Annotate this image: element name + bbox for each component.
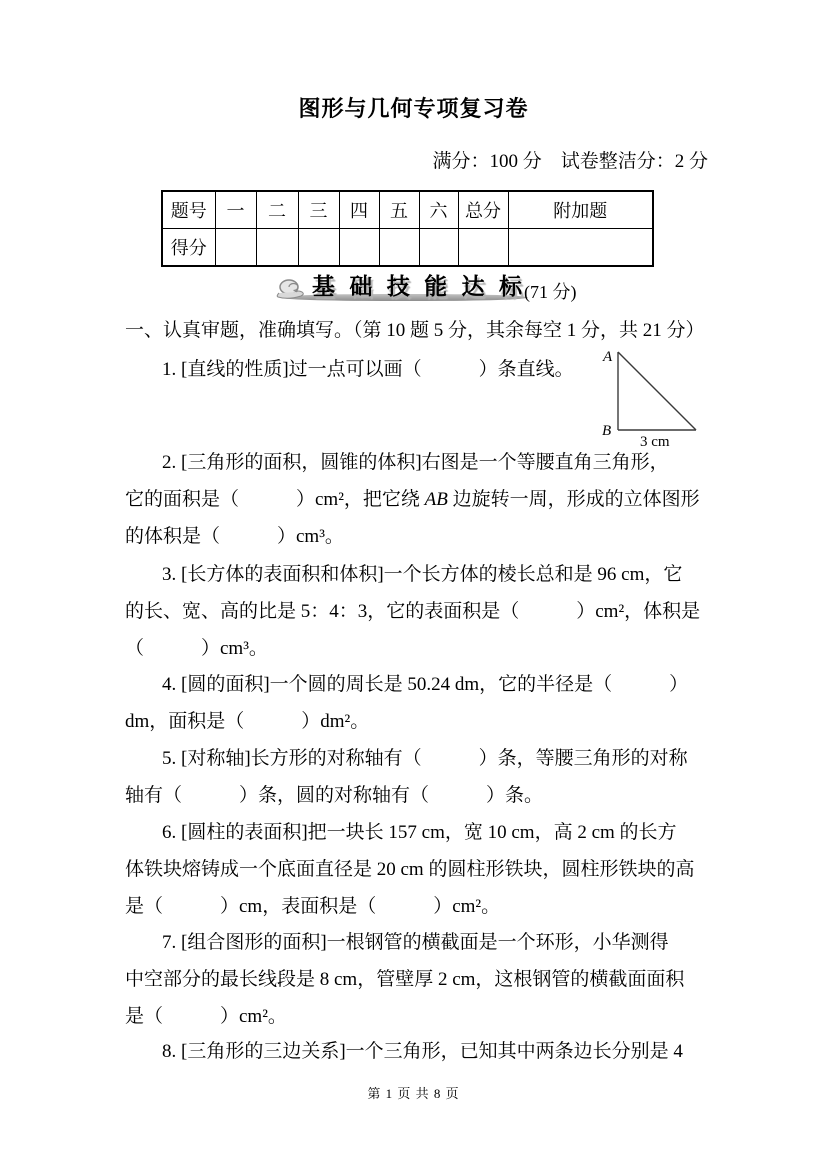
question-8-line-1: 8. [三角形的三边关系]一个三角形，已知其中两条边长分别是 4: [125, 1038, 683, 1066]
question-7-line-1: 7. [组合图形的面积]一根钢管的横截面是一个环形，小华测得: [125, 929, 669, 957]
question-6-line-1: 6. [圆柱的表面积]把一块长 157 cm，宽 10 cm，高 2 cm 的长…: [125, 819, 677, 847]
question-3-line-3: （ ）cm³。: [125, 635, 268, 663]
question-2-line-2: 它的面积是（ ）cm²，把它绕 AB 边旋转一周，形成的立体图形: [125, 486, 700, 514]
question-1-line-1: 1. [直线的性质]过一点可以画（ ）条直线。: [125, 356, 574, 384]
question-2-ab-label: AB: [425, 489, 448, 510]
question-7-line-2: 中空部分的最长线段是 8 cm，管壁厚 2 cm，这根钢管的横截面面积: [125, 966, 684, 994]
page-footer: 第 1 页 共 8 页: [0, 1083, 827, 1102]
question-5-line-2: 轴有（ ）条，圆的对称轴有（ ）条。: [125, 782, 543, 810]
question-2-line-2-post: 边旋转一周，形成的立体图形: [448, 489, 700, 510]
question-6-line-2: 体铁块熔铸成一个底面直径是 20 cm 的圆柱形铁块，圆柱形铁块的高: [125, 856, 694, 884]
question-4-line-1: 4. [圆的面积]一个圆的周长是 50.24 dm，它的半径是（ ）: [125, 671, 688, 699]
section-heading: 一、认真审题，准确填写。（第 10 题 5 分，其余每空 1 分，共 21 分）: [125, 317, 705, 345]
question-2-line-2-pre: 它的面积是（ ）cm²，把它绕: [125, 489, 425, 510]
exam-page: 图形与几何专项复习卷 满分：100 分 试卷整洁分：2 分 题号 一 二 三 四…: [0, 0, 827, 1169]
question-2-line-1: 2. [三角形的面积，圆锥的体积]右图是一个等腰直角三角形，: [125, 449, 669, 477]
question-7-line-3: 是（ ）cm²。: [125, 1003, 287, 1031]
question-2-line-3: 的体积是（ ）cm³。: [125, 523, 344, 551]
question-3-line-2: 的长、宽、高的比是 5：4：3，它的表面积是（ ）cm²，体积是: [125, 598, 700, 626]
question-area: 一、认真审题，准确填写。（第 10 题 5 分，其余每空 1 分，共 21 分）…: [0, 0, 827, 1169]
question-6-line-3: 是（ ）cm，表面积是（ ）cm²。: [125, 893, 500, 921]
question-3-line-1: 3. [长方体的表面积和体积]一个长方体的棱长总和是 96 cm，它: [125, 561, 682, 589]
question-5-line-1: 5. [对称轴]长方形的对称轴有（ ）条，等腰三角形的对称: [125, 745, 688, 773]
question-4-line-2: dm，面积是（ ）dm²。: [125, 708, 369, 736]
